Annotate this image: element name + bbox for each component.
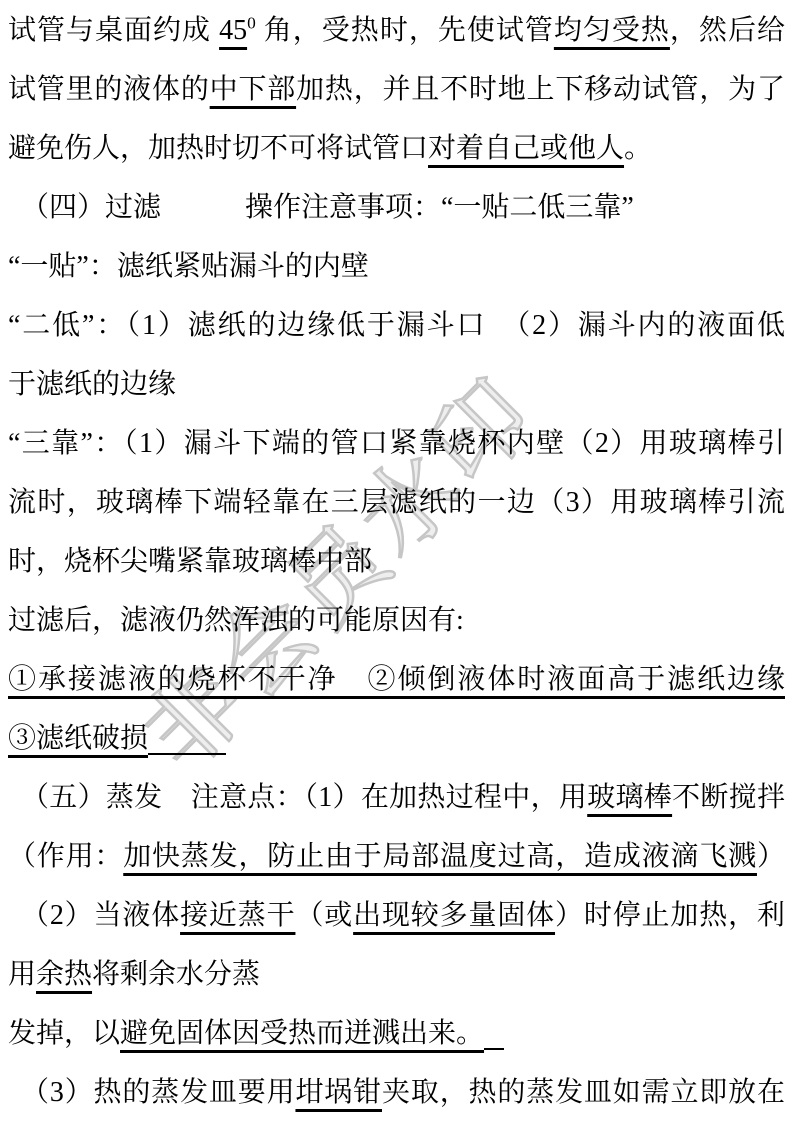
underlined-text-segment: 余热 — [36, 959, 92, 990]
text-segment: 用 — [8, 959, 36, 990]
document-page: 非会员水印 试管与桌面约成 450 角，受热时，先使试管均匀受热，然后给试管里的… — [0, 0, 793, 1122]
text-segment: “一贴”：滤纸紧贴漏斗的内壁 — [8, 251, 369, 282]
text-segment: （四）过滤 操作注意事项：“一贴二低三靠” — [21, 192, 634, 223]
underlined-text-segment: 对着自己或他人 — [428, 133, 624, 164]
text-line-7: 于滤纸的边缘 — [8, 355, 785, 414]
text-line-18: 发掉，以避免固体因受热而迸溅出来。 — [8, 1004, 785, 1063]
text-segment: 于滤纸的边缘 — [8, 369, 176, 400]
underlined-text-segment: 玻璃棒 — [587, 782, 672, 813]
blank-underline — [484, 1047, 504, 1050]
text-segment: ） — [757, 841, 785, 872]
text-segment: 试管与桌面约成 — [8, 15, 219, 46]
text-segment: （或 — [295, 900, 353, 931]
text-line-13: ③滤纸破损 — [8, 709, 785, 768]
text-segment: 夹取，热的蒸发皿如需立即放在 — [382, 1077, 785, 1108]
text-segment: ）时停止加热，利 — [555, 900, 785, 931]
blank-underline — [148, 752, 226, 755]
text-segment: 加热，并且不时地上下移动试管，为了 — [296, 74, 785, 105]
underlined-text-segment: 45 — [219, 15, 247, 46]
text-line-6: “二低”：（1）滤纸的边缘低于漏斗口 （2）漏斗内的液面低 — [8, 296, 785, 355]
underlined-text-segment: 出现较多量固体 — [353, 900, 555, 931]
underlined-text-segment: ③滤纸破损 — [8, 723, 148, 754]
text-line-17: 用余热将剩余水分蒸 — [8, 945, 785, 1004]
text-segment: 将剩余水分蒸 — [92, 959, 260, 990]
text-segment: 流时，玻璃棒下端轻靠在三层滤纸的一边（3）用玻璃棒引流 — [8, 487, 785, 518]
text-segment: 发掉，以 — [8, 1018, 120, 1049]
text-segment: 时，烧杯尖嘴紧靠玻璃棒中部 — [8, 546, 372, 577]
text-line-9: 流时，玻璃棒下端轻靠在三层滤纸的一边（3）用玻璃棒引流 — [8, 473, 785, 532]
text-segment: 不断搅拌 — [672, 782, 785, 813]
text-line-11: 过滤后，滤液仍然浑浊的可能原因有: — [8, 591, 785, 650]
underlined-text-segment: 避免固体因受热而迸溅出来。 — [120, 1018, 484, 1049]
underlined-text-segment: 均匀受热 — [554, 15, 670, 46]
text-line-12: ①承接滤液的烧杯不干净 ②倾倒液体时液面高于滤纸边缘 — [8, 650, 785, 709]
text-segment: 避免伤人，加热时切不可将试管口 — [8, 133, 428, 164]
text-line-14: （五）蒸发 注意点：（1）在加热过程中，用玻璃棒不断搅拌 — [8, 768, 785, 827]
text-segment: ，然后给 — [670, 15, 785, 46]
underlined-text-segment: 坩埚钳 — [295, 1077, 382, 1108]
text-segment: 0 — [247, 14, 256, 33]
underlined-text-segment: 中下部 — [210, 74, 296, 105]
text-line-19: （3）热的蒸发皿要用坩埚钳夹取，热的蒸发皿如需立即放在 — [8, 1063, 785, 1122]
text-segment: 过滤后，滤液仍然浑浊的可能原因有: — [8, 605, 464, 636]
text-segment: “二低”：（1）滤纸的边缘低于漏斗口 （2）漏斗内的液面低 — [8, 310, 785, 341]
underlined-text-segment: 接近蒸干 — [180, 900, 295, 931]
text-line-3: 避免伤人，加热时切不可将试管口对着自己或他人。 — [8, 119, 785, 178]
text-segment: 。 — [624, 133, 652, 164]
text-line-10: 时，烧杯尖嘴紧靠玻璃棒中部 — [8, 532, 785, 591]
text-segment: 角，受热时，先使试管 — [256, 15, 554, 46]
text-segment: （五）蒸发 注意点：（1）在加热过程中，用 — [21, 782, 587, 813]
underlined-text-segment: ①承接滤液的烧杯不干净 ②倾倒液体时液面高于滤纸边缘 — [8, 664, 785, 695]
text-line-15: （作用：加快蒸发，防止由于局部温度过高，造成液滴飞溅） — [8, 827, 785, 886]
text-segment: （2）当液体 — [21, 900, 180, 931]
text-segment: “三靠”：（1）漏斗下端的管口紧靠烧杯内壁（2）用玻璃棒引 — [8, 428, 785, 459]
text-line-4: （四）过滤 操作注意事项：“一贴二低三靠” — [8, 178, 785, 237]
text-lines: 试管与桌面约成 450 角，受热时，先使试管均匀受热，然后给试管里的液体的中下部… — [8, 1, 785, 1122]
text-segment: （3）热的蒸发皿要用 — [21, 1077, 295, 1108]
text-segment: 试管里的液体的 — [8, 74, 210, 105]
text-line-8: “三靠”：（1）漏斗下端的管口紧靠烧杯内壁（2）用玻璃棒引 — [8, 414, 785, 473]
text-line-16: （2）当液体接近蒸干（或出现较多量固体）时停止加热，利 — [8, 886, 785, 945]
text-line-1: 试管与桌面约成 450 角，受热时，先使试管均匀受热，然后给 — [8, 1, 785, 60]
underlined-text-segment: 加快蒸发，防止由于局部温度过高，造成液滴飞溅 — [123, 841, 757, 872]
text-line-5: “一贴”：滤纸紧贴漏斗的内壁 — [8, 237, 785, 296]
text-segment: （作用： — [8, 841, 123, 872]
text-line-2: 试管里的液体的中下部加热，并且不时地上下移动试管，为了 — [8, 60, 785, 119]
